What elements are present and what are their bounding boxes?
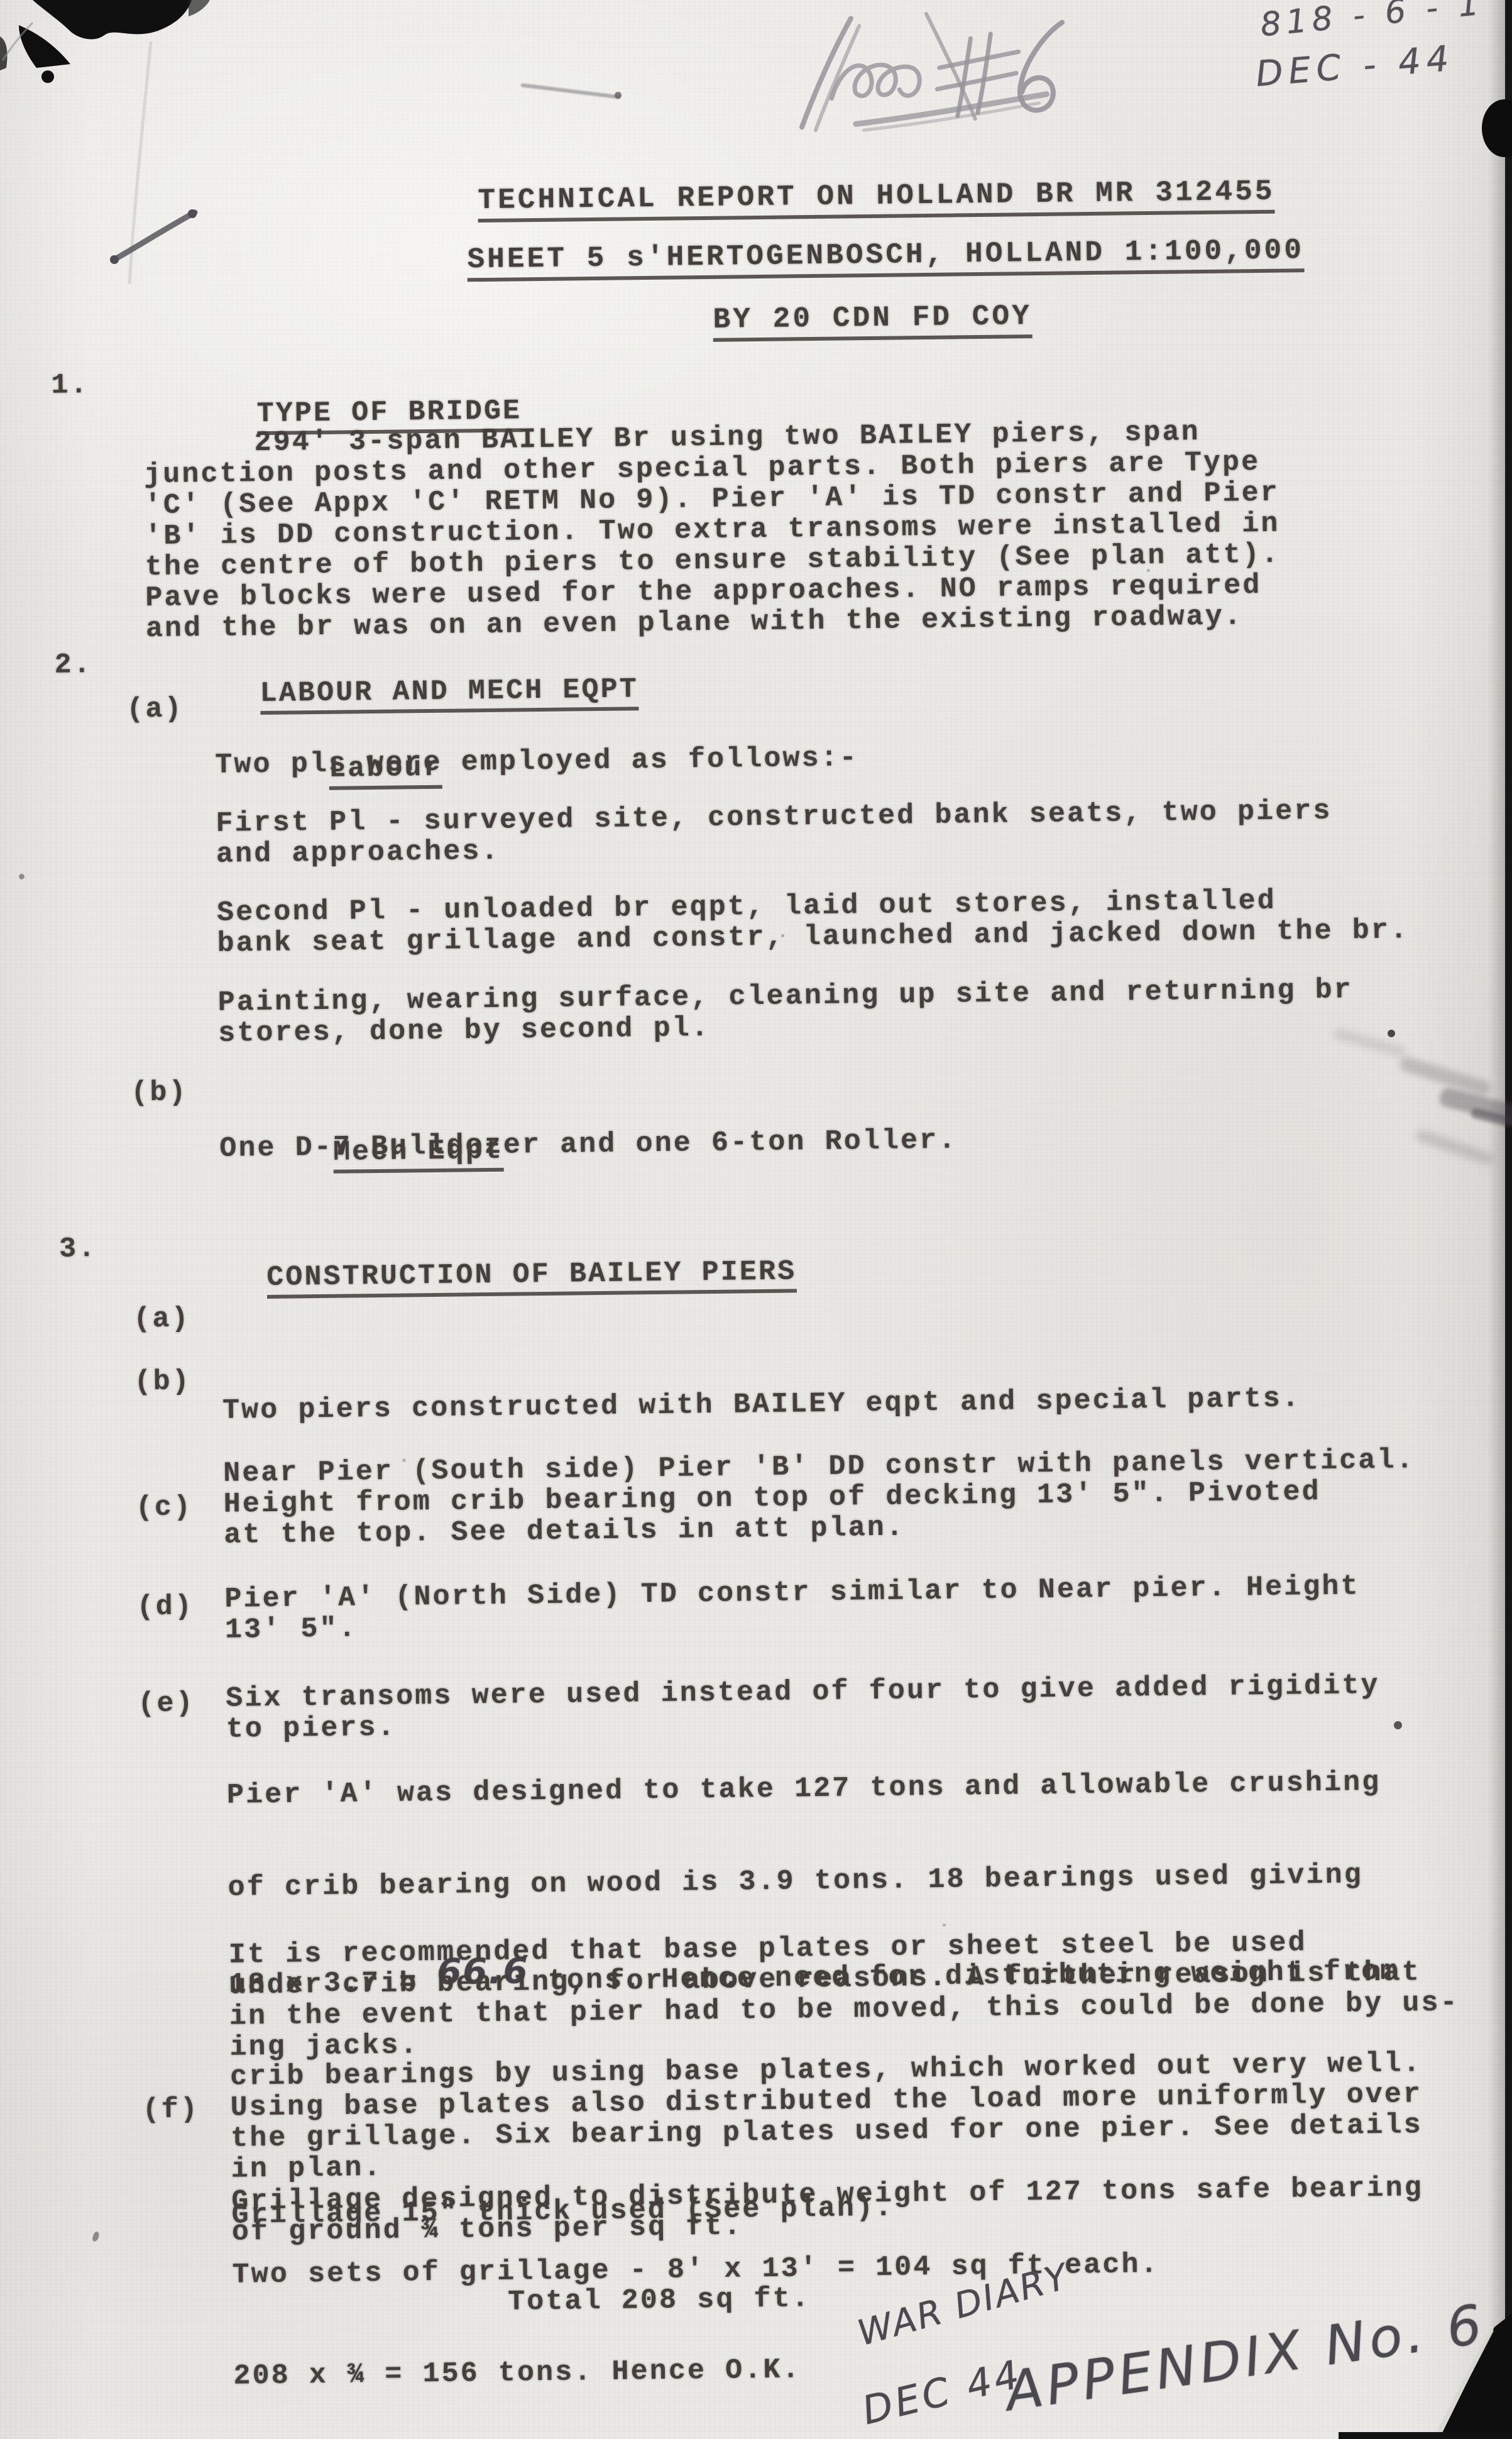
second-platoon-paragraph: Second Pl - unloaded br eqpt, laid out s…	[217, 884, 1410, 959]
ink-dot	[1394, 1721, 1402, 1729]
section-3-heading: CONSTRUCTION OF BAILEY PIERS	[153, 1225, 797, 1300]
document-content: 818 - 6 - 1 DEC - 44 TECHNICAL REPORT ON…	[0, 0, 1512, 2439]
corner-shadow-bottom-right	[1427, 2288, 1512, 2439]
labour-intro-line: Two pls were employed as follows:-	[215, 742, 858, 781]
item-3f-label: (f)	[142, 2094, 199, 2125]
ink-dot	[19, 874, 25, 879]
war-diary-date-annotation: DEC 44	[858, 2350, 1027, 2433]
pencil-dot	[615, 92, 622, 99]
grillage-total-line: Total 208 sq ft.	[508, 2283, 811, 2317]
right-edge-shadow	[1488, 0, 1505, 2439]
first-platoon-paragraph: First Pl - surveyed site, constructed ba…	[216, 796, 1332, 870]
speck	[1147, 569, 1150, 572]
item-3e-line-2: of crib bearing on wood is 3.9 tons. 18 …	[227, 1859, 1420, 1903]
speck	[781, 934, 784, 937]
item-3b-label: (b)	[134, 1366, 191, 1397]
report-title-line-3: BY 20 CDN FD COY	[593, 267, 1033, 343]
item-2a-label: (a)	[126, 693, 184, 725]
grillage-calc-line: 208 x ¾ = 156 tons. Hence O.K.	[233, 2354, 801, 2391]
section-2-number: 2.	[54, 649, 92, 681]
scan-blotch-top-left	[0, 0, 327, 289]
speck	[943, 1924, 946, 1927]
pencil-scrawl-appx-6	[762, 0, 1090, 159]
item-3a-label: (a)	[133, 1303, 190, 1335]
section-1-paragraph: 294' 3-span BAILEY Br using two BAILEY p…	[143, 416, 1281, 644]
scanned-document-page: 818 - 6 - 1 DEC - 44 TECHNICAL REPORT ON…	[0, 0, 1512, 2439]
item-2b-label: (b)	[131, 1077, 188, 1108]
pencil-stroke	[113, 212, 195, 260]
recommendation-paragraph: It is recommended that base plates or sh…	[229, 1926, 1460, 2063]
bottom-edge-strip	[1339, 2432, 1512, 2439]
section-3-number: 3.	[59, 1233, 97, 1265]
item-3e-line-1: Pier 'A' was designed to take 127 tons a…	[227, 1766, 1419, 1811]
section-1-number: 1.	[51, 370, 89, 401]
appendix-number-annotation: APPENDIX No. 6	[1002, 2293, 1489, 2423]
painting-paragraph: Painting, wearing surface, cleaning up s…	[217, 974, 1353, 1049]
item-3d-label: (d)	[136, 1591, 194, 1622]
date-annotation: DEC - 44	[1254, 38, 1456, 94]
ink-dot	[1388, 1030, 1395, 1037]
item-3e-label: (e)	[138, 1688, 195, 1719]
mech-eqpt-line: One D-7 Bulldozer and one 6-ton Roller.	[219, 1125, 958, 1164]
right-edge-strip	[1505, 0, 1512, 2439]
speck	[402, 1458, 406, 1462]
item-3c-label: (c)	[136, 1492, 193, 1523]
